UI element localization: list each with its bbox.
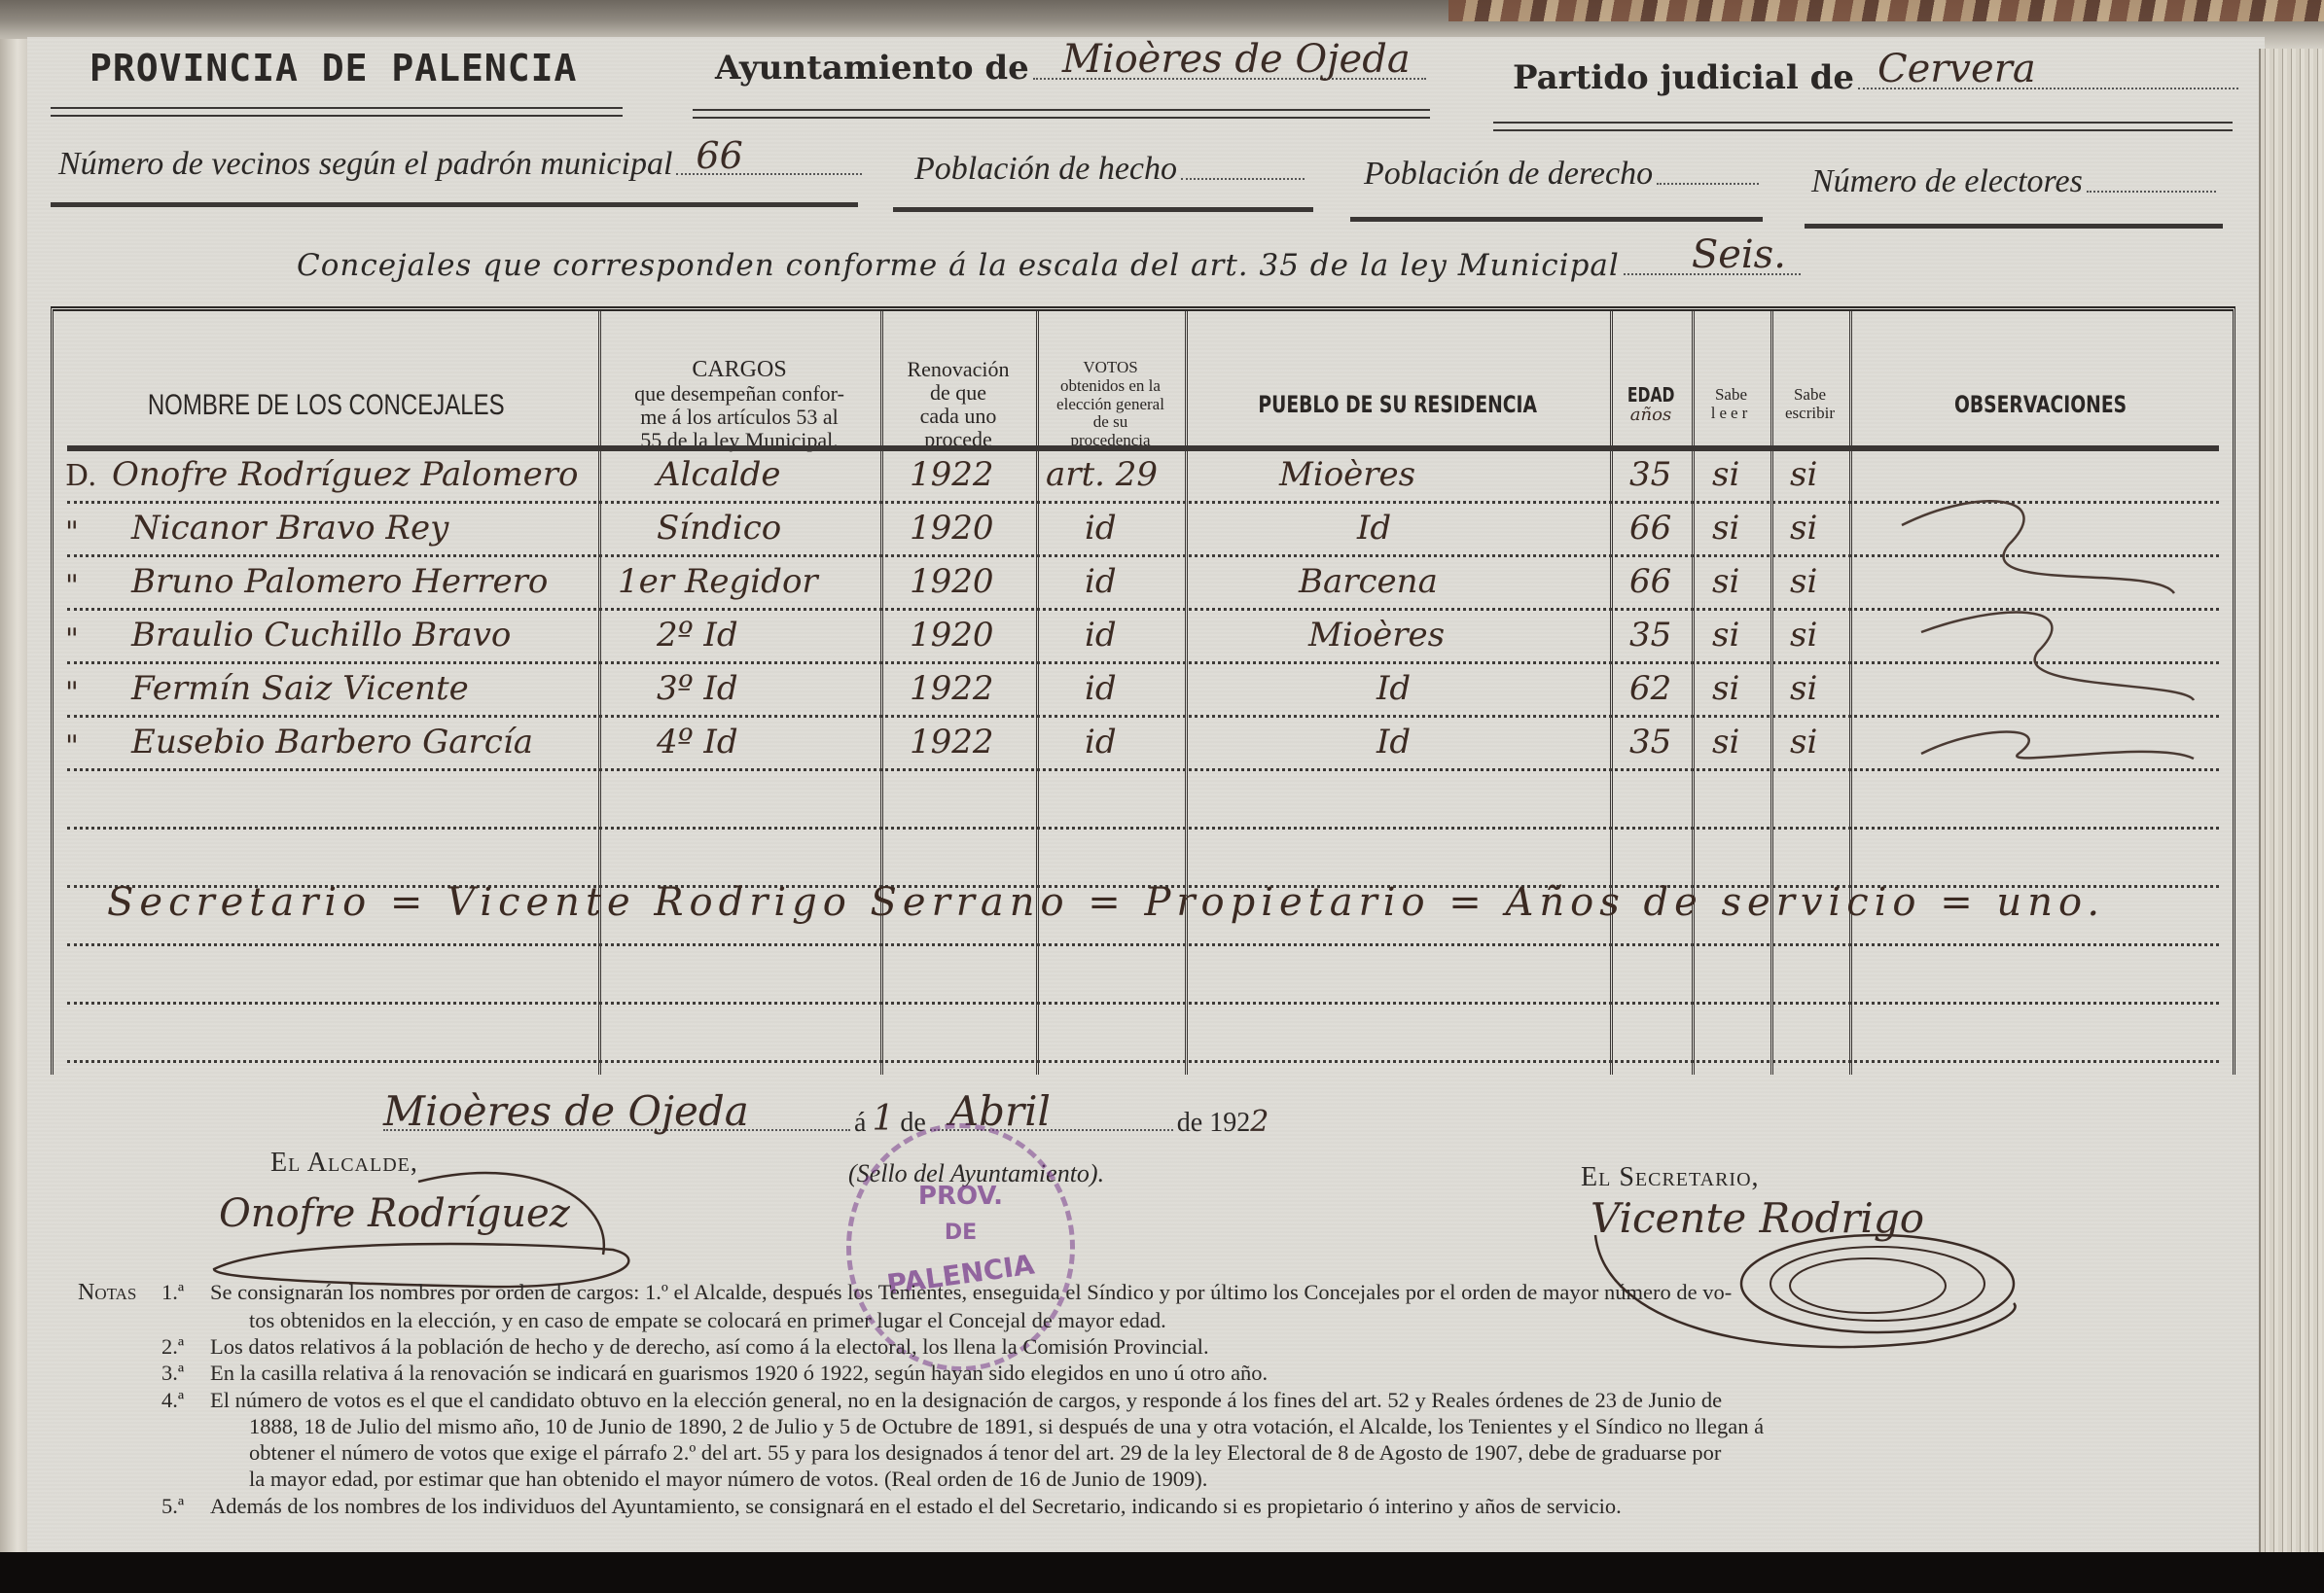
divider: [51, 202, 858, 207]
vecinos-label: Número de vecinos según el padrón munici…: [58, 146, 672, 183]
date-line: Mioères de Ojeda á 1 de Abril de 192 2: [379, 1099, 1313, 1139]
header-rule: [67, 445, 2219, 451]
secretario-label: El Secretario,: [1581, 1162, 1760, 1193]
note-1-cont: tos obtenidos en la elección, y en caso …: [78, 1307, 2247, 1333]
row-rule: [67, 1002, 2219, 1005]
note-5: 5.ª Además de los nombres de los individ…: [78, 1493, 2247, 1519]
vecinos-value: 66: [696, 134, 742, 177]
concejales-line: Seis.: [1624, 273, 1801, 275]
concejales-field: Concejales que corresponden conforme á l…: [297, 248, 1805, 283]
poblacion-derecho-field: Población de derecho: [1364, 156, 1763, 193]
divider: [51, 107, 623, 117]
book-gutter: [0, 39, 29, 1556]
note-4-cont: la mayor edad, por estimar que han obten…: [78, 1466, 2247, 1492]
province-heading: PROVINCIA DE PALENCIA: [89, 47, 577, 89]
row-rule: [67, 1060, 2219, 1063]
note-4-cont: obtener el número de votos que exige el …: [78, 1439, 2247, 1466]
divider: [1805, 224, 2223, 229]
row-rule: [67, 943, 2219, 946]
year-digit: 2: [1250, 1105, 1269, 1139]
concejales-table: NOMBRE DE LOS CONCEJALES CARGOS que dese…: [51, 306, 2235, 1075]
note-4-cont: 1888, 18 de Julio del mismo año, 10 de J…: [78, 1413, 2247, 1439]
poblacion-hecho-label: Población de hecho: [914, 151, 1177, 188]
divider: [693, 109, 1430, 119]
header-observaciones: OBSERVACIONES: [1849, 327, 2233, 482]
notes-section: Notas 1.ª Se consignarán los nombres por…: [78, 1279, 2247, 1519]
page-stack-edge: [2259, 49, 2324, 1566]
alcalde-signature-flourish: [195, 1162, 661, 1298]
partido-line: Cervera: [1858, 88, 2238, 89]
ayuntamiento-field: Ayuntamiento de Mioères de Ojeda: [715, 49, 1430, 88]
day-value: 1: [872, 1099, 894, 1139]
year-label: de 192: [1177, 1108, 1250, 1139]
vecinos-line: 66: [676, 173, 862, 175]
partido-value: Cervera: [1877, 47, 2036, 91]
province-title: PROVINCIA DE PALENCIA: [89, 47, 577, 89]
concejales-value: Seis.: [1692, 232, 1786, 277]
poblacion-hecho-line: [1181, 178, 1305, 180]
ayuntamiento-label: Ayuntamiento de: [715, 49, 1029, 88]
note-3: 3.ª En la casilla relativa á la renovaci…: [78, 1360, 2247, 1386]
partido-field: Partido judicial de Cervera: [1513, 58, 2242, 97]
ayuntamiento-line: Mioères de Ojeda: [1033, 78, 1426, 80]
row-rule: [67, 827, 2219, 830]
electores-line: [2087, 191, 2216, 193]
background-surface: [0, 1552, 2324, 1593]
divider: [1493, 122, 2233, 131]
note-4: 4.ª El número de votos es el que el cand…: [78, 1387, 2247, 1413]
secretario-entry: Secretario = Vicente Rodrigo Serrano = P…: [107, 880, 2105, 925]
poblacion-hecho-field: Población de hecho: [914, 151, 1308, 188]
note-2: 2.ª Los datos relativos á la población d…: [78, 1333, 2247, 1360]
poblacion-derecho-line: [1657, 183, 1759, 185]
observaciones-dash-marks: [1863, 486, 2223, 778]
ayuntamiento-value: Mioères de Ojeda: [1062, 37, 1411, 82]
a-label: á: [854, 1108, 866, 1139]
divider: [1350, 217, 1763, 222]
electores-label: Número de electores: [1811, 163, 2083, 200]
marbled-cover-edge: [1448, 0, 2324, 21]
partido-label: Partido judicial de: [1513, 58, 1854, 97]
concejales-label: Concejales que corresponden conforme á l…: [297, 248, 1620, 283]
place-value: Mioères de Ojeda: [383, 1087, 749, 1135]
poblacion-derecho-label: Población de derecho: [1364, 156, 1653, 193]
vecinos-field: Número de vecinos según el padrón munici…: [58, 146, 866, 183]
place-line: Mioères de Ojeda: [383, 1129, 850, 1131]
note-1: Notas 1.ª Se consignarán los nombres por…: [78, 1279, 2247, 1307]
divider: [893, 207, 1313, 212]
electores-field: Número de electores: [1811, 163, 2220, 200]
